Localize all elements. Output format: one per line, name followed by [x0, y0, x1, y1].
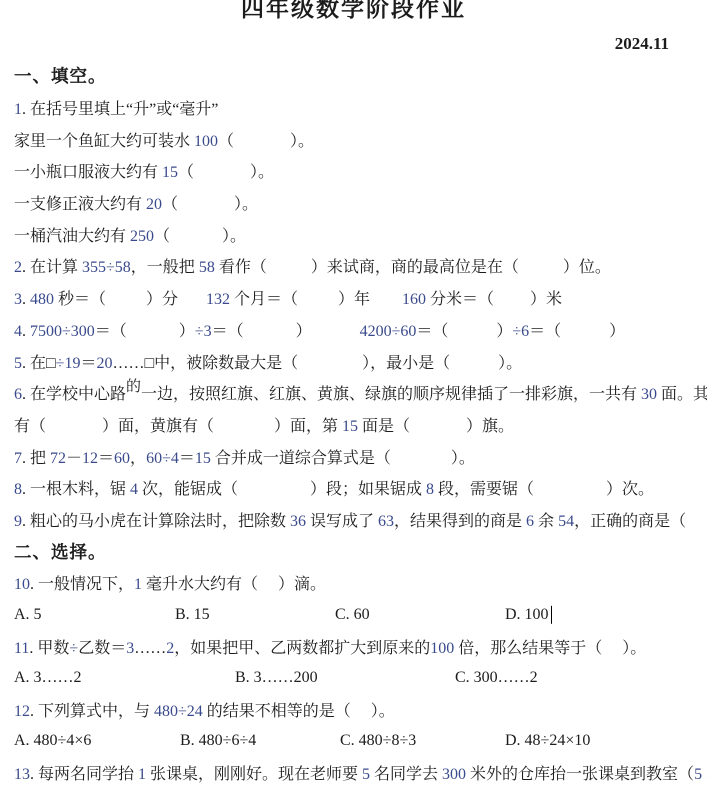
- question-line: 9. 粗心的马小虎在计算除法时，把除数 36 误写成了 63，结果得到的商是 6…: [14, 504, 701, 536]
- text-run: 家里一个鱼缸大约可装水 100（ ）。: [14, 128, 314, 151]
- number-text: 58: [199, 259, 215, 276]
- number-text: 2: [166, 640, 174, 657]
- text-run: 一小瓶口服液大约有 15（ ）。: [14, 159, 274, 182]
- question-line: 12. 下列算式中，与 480÷24 的结果不相等的是（ ）。: [14, 694, 701, 726]
- number-text: 132: [206, 291, 230, 308]
- number-text: 6: [14, 386, 22, 403]
- number-text: 7500: [30, 323, 62, 340]
- number-text: 2: [14, 259, 22, 276]
- number-text: 1: [134, 576, 142, 593]
- number-text: 63: [378, 513, 394, 530]
- number-text: 9: [14, 513, 22, 530]
- text-run: 5. 在□÷19＝20……□中，被除数最大是（ ），最小是（ ）。: [14, 350, 522, 373]
- text-run: 一桶汽油大约有 250（ ）。: [14, 223, 246, 246]
- text-run: 一、填空。: [14, 63, 107, 88]
- number-text: 480: [154, 703, 178, 720]
- text-run: 二、选择。: [14, 539, 107, 564]
- number-text: 6: [526, 513, 534, 530]
- question-line: 一小瓶口服液大约有 15（ ）。: [14, 155, 701, 187]
- number-text: ÷: [162, 450, 171, 467]
- text-run: 6. 在学校中心路: [14, 381, 126, 404]
- number-text: ÷: [512, 323, 521, 340]
- question-line: 1. 在括号里填上“升”或“毫升”: [14, 92, 701, 124]
- number-text: 250: [130, 228, 154, 245]
- number-text: 8: [426, 481, 434, 498]
- number-text: 480: [30, 291, 54, 308]
- question-line: 7. 把 72－12＝60，60÷4＝15 合并成一道综合算式是（ ）。: [14, 440, 701, 472]
- number-text: ÷: [69, 640, 78, 657]
- option-item: D. 48÷24×10: [505, 732, 590, 750]
- option-item: C. 300……2: [455, 669, 538, 687]
- option-item: D. 100: [505, 605, 552, 623]
- text-run: 3. 480 秒＝（ ）分 132 个月＝（ ）年 160 分米＝（ ）米: [14, 286, 562, 309]
- number-text: 3: [14, 291, 22, 308]
- number-text: 54: [558, 513, 574, 530]
- worksheet-page: 四年级数学阶段作业 2024.11 一、填空。1. 在括号里填上“升”或“毫升”…: [0, 0, 707, 785]
- number-text: 8: [14, 481, 22, 498]
- question-line: 13. 每两名同学抬 1 张课桌，刚刚好。现在老师要 5 名同学去 300 米外…: [14, 757, 701, 785]
- question-line: 家里一个鱼缸大约可装水 100（ ）。: [14, 123, 701, 155]
- question-line: 2. 在计算 355÷58，一般把 58 看作（ ）来试商，商的最高位是在（ ）…: [14, 250, 701, 282]
- number-text: ÷: [106, 259, 115, 276]
- question-line: 一支修正液大约有 20（ ）。: [14, 187, 701, 219]
- number-text: 60: [146, 450, 162, 467]
- option-item: A. 5: [14, 606, 42, 624]
- options-row: A. 5B. 15C. 60D. 100: [14, 599, 701, 631]
- number-text: 6: [521, 323, 529, 340]
- option-item: B. 15: [175, 606, 210, 624]
- number-text: 1: [14, 101, 22, 118]
- number-text: 10: [14, 576, 30, 593]
- number-text: 4: [130, 481, 138, 498]
- option-item: A. 3……2: [14, 669, 82, 687]
- number-text: 100: [194, 133, 218, 150]
- number-text: 15: [195, 450, 211, 467]
- number-text: 15: [342, 418, 358, 435]
- number-text: 100: [430, 640, 454, 657]
- number-text: 72: [50, 450, 66, 467]
- number-text: 355: [82, 259, 106, 276]
- number-text: ÷: [195, 323, 204, 340]
- number-text: 30: [641, 386, 657, 403]
- section-heading: 一、填空。: [14, 60, 701, 92]
- number-text: 4: [171, 450, 179, 467]
- number-text: 300: [442, 766, 466, 783]
- question-line: 4. 7500÷300＝（ ）÷3＝（ ） 4200÷60＝（ ）÷6＝（ ）: [14, 314, 701, 346]
- option-item: A. 480÷4×6: [14, 732, 91, 750]
- text-run: 一支修正液大约有 20（ ）。: [14, 191, 258, 214]
- number-text: 1: [138, 766, 146, 783]
- number-text: 3: [204, 323, 212, 340]
- number-text: 7: [14, 450, 22, 467]
- text-run: 11. 甲数÷乙数＝3……2，如果把甲、乙两数都扩大到原来的100 倍，那么结果…: [14, 635, 646, 658]
- question-line: 10. 一般情况下，1 毫升水大约有（ ）滴。: [14, 567, 701, 599]
- section-heading: 二、选择。: [14, 535, 701, 567]
- date-label: 2024.11: [615, 34, 669, 54]
- number-text: 58: [115, 259, 131, 276]
- text-run: 1. 在括号里填上“升”或“毫升”: [14, 96, 218, 119]
- question-line: 一桶汽油大约有 250（ ）。: [14, 218, 701, 250]
- question-line: 5. 在□÷19＝20……□中，被除数最大是（ ），最小是（ ）。: [14, 345, 701, 377]
- option-item: C. 60: [335, 606, 370, 624]
- option-item: B. 480÷6÷4: [180, 732, 256, 750]
- question-line: 有（ ）面，黄旗有（ ）面，第 15 面是（ ）旗。: [14, 409, 701, 441]
- number-text: 20: [96, 355, 112, 372]
- page-title: 四年级数学阶段作业: [0, 0, 707, 23]
- number-text: 3: [126, 640, 134, 657]
- number-text: 5: [14, 355, 22, 372]
- number-text: 4200: [360, 323, 392, 340]
- number-text: 4: [14, 323, 22, 340]
- text-run: 10. 一般情况下，1 毫升水大约有（ ）滴。: [14, 571, 326, 594]
- number-text: 160: [402, 291, 426, 308]
- number-text: 19: [64, 355, 80, 372]
- number-text: 60: [114, 450, 130, 467]
- options-row: A. 480÷4×6B. 480÷6÷4C. 480÷8÷3D. 48÷24×1…: [14, 725, 701, 757]
- text-run: 2. 在计算 355÷58，一般把 58 看作（ ）来试商，商的最高位是在（ ）…: [14, 254, 611, 277]
- option-item: C. 480÷8÷3: [340, 732, 416, 750]
- number-text: 60: [400, 323, 416, 340]
- text-run: 8. 一根木料，锯 4 次，能锯成（ ）段；如果锯成 8 段，需要锯（ ）次。: [14, 476, 654, 499]
- text-run: 一边，按照红旗、红旗、黄旗、绿旗的顺序规律插了一排彩旗，一共有 30 面。其中红…: [141, 381, 707, 404]
- question-line: 8. 一根木料，锯 4 次，能锯成（ ）段；如果锯成 8 段，需要锯（ ）次。: [14, 472, 701, 504]
- options-row: A. 3……2B. 3……200C. 300……2: [14, 662, 701, 694]
- text-run: 4. 7500÷300＝（ ）÷3＝（ ） 4200÷60＝（ ）÷6＝（ ）: [14, 318, 625, 341]
- question-line: 3. 480 秒＝（ ）分 132 个月＝（ ）年 160 分米＝（ ）米: [14, 282, 701, 314]
- number-text: 11: [14, 640, 29, 657]
- number-text: 20: [146, 196, 162, 213]
- number-text: 24: [187, 703, 203, 720]
- number-text: 12: [82, 450, 98, 467]
- number-text: 15: [162, 164, 178, 181]
- number-text: 5: [694, 766, 702, 783]
- text-run: 13. 每两名同学抬 1 张课桌，刚刚好。现在老师要 5 名同学去 300 米外…: [14, 761, 707, 784]
- number-text: 13: [14, 766, 30, 783]
- number-text: 36: [290, 513, 306, 530]
- option-item: B. 3……200: [235, 669, 318, 687]
- text-run: 12. 下列算式中，与 480÷24 的结果不相等的是（ ）。: [14, 698, 395, 721]
- question-line: 6. 在学校中心路的一边，按照红旗、红旗、黄旗、绿旗的顺序规律插了一排彩旗，一共…: [14, 377, 701, 409]
- number-text: ÷: [178, 703, 187, 720]
- question-line: 11. 甲数÷乙数＝3……2，如果把甲、乙两数都扩大到原来的100 倍，那么结果…: [14, 630, 701, 662]
- number-text: 300: [71, 323, 95, 340]
- number-text: 12: [14, 703, 30, 720]
- text-run: 7. 把 72－12＝60，60÷4＝15 合并成一道综合算式是（ ）。: [14, 445, 475, 468]
- document-lines: 一、填空。1. 在括号里填上“升”或“毫升”家里一个鱼缸大约可装水 100（ ）…: [14, 60, 701, 785]
- text-run: 9. 粗心的马小虎在计算除法时，把除数 36 误写成了 63，结果得到的商是 6…: [14, 508, 707, 531]
- number-text: ÷: [62, 323, 71, 340]
- number-text: 5: [362, 766, 370, 783]
- superscript-text: 的: [126, 375, 141, 396]
- text-cursor: [551, 606, 553, 624]
- text-run: 有（ ）面，黄旗有（ ）面，第 15 面是（ ）旗。: [14, 413, 514, 436]
